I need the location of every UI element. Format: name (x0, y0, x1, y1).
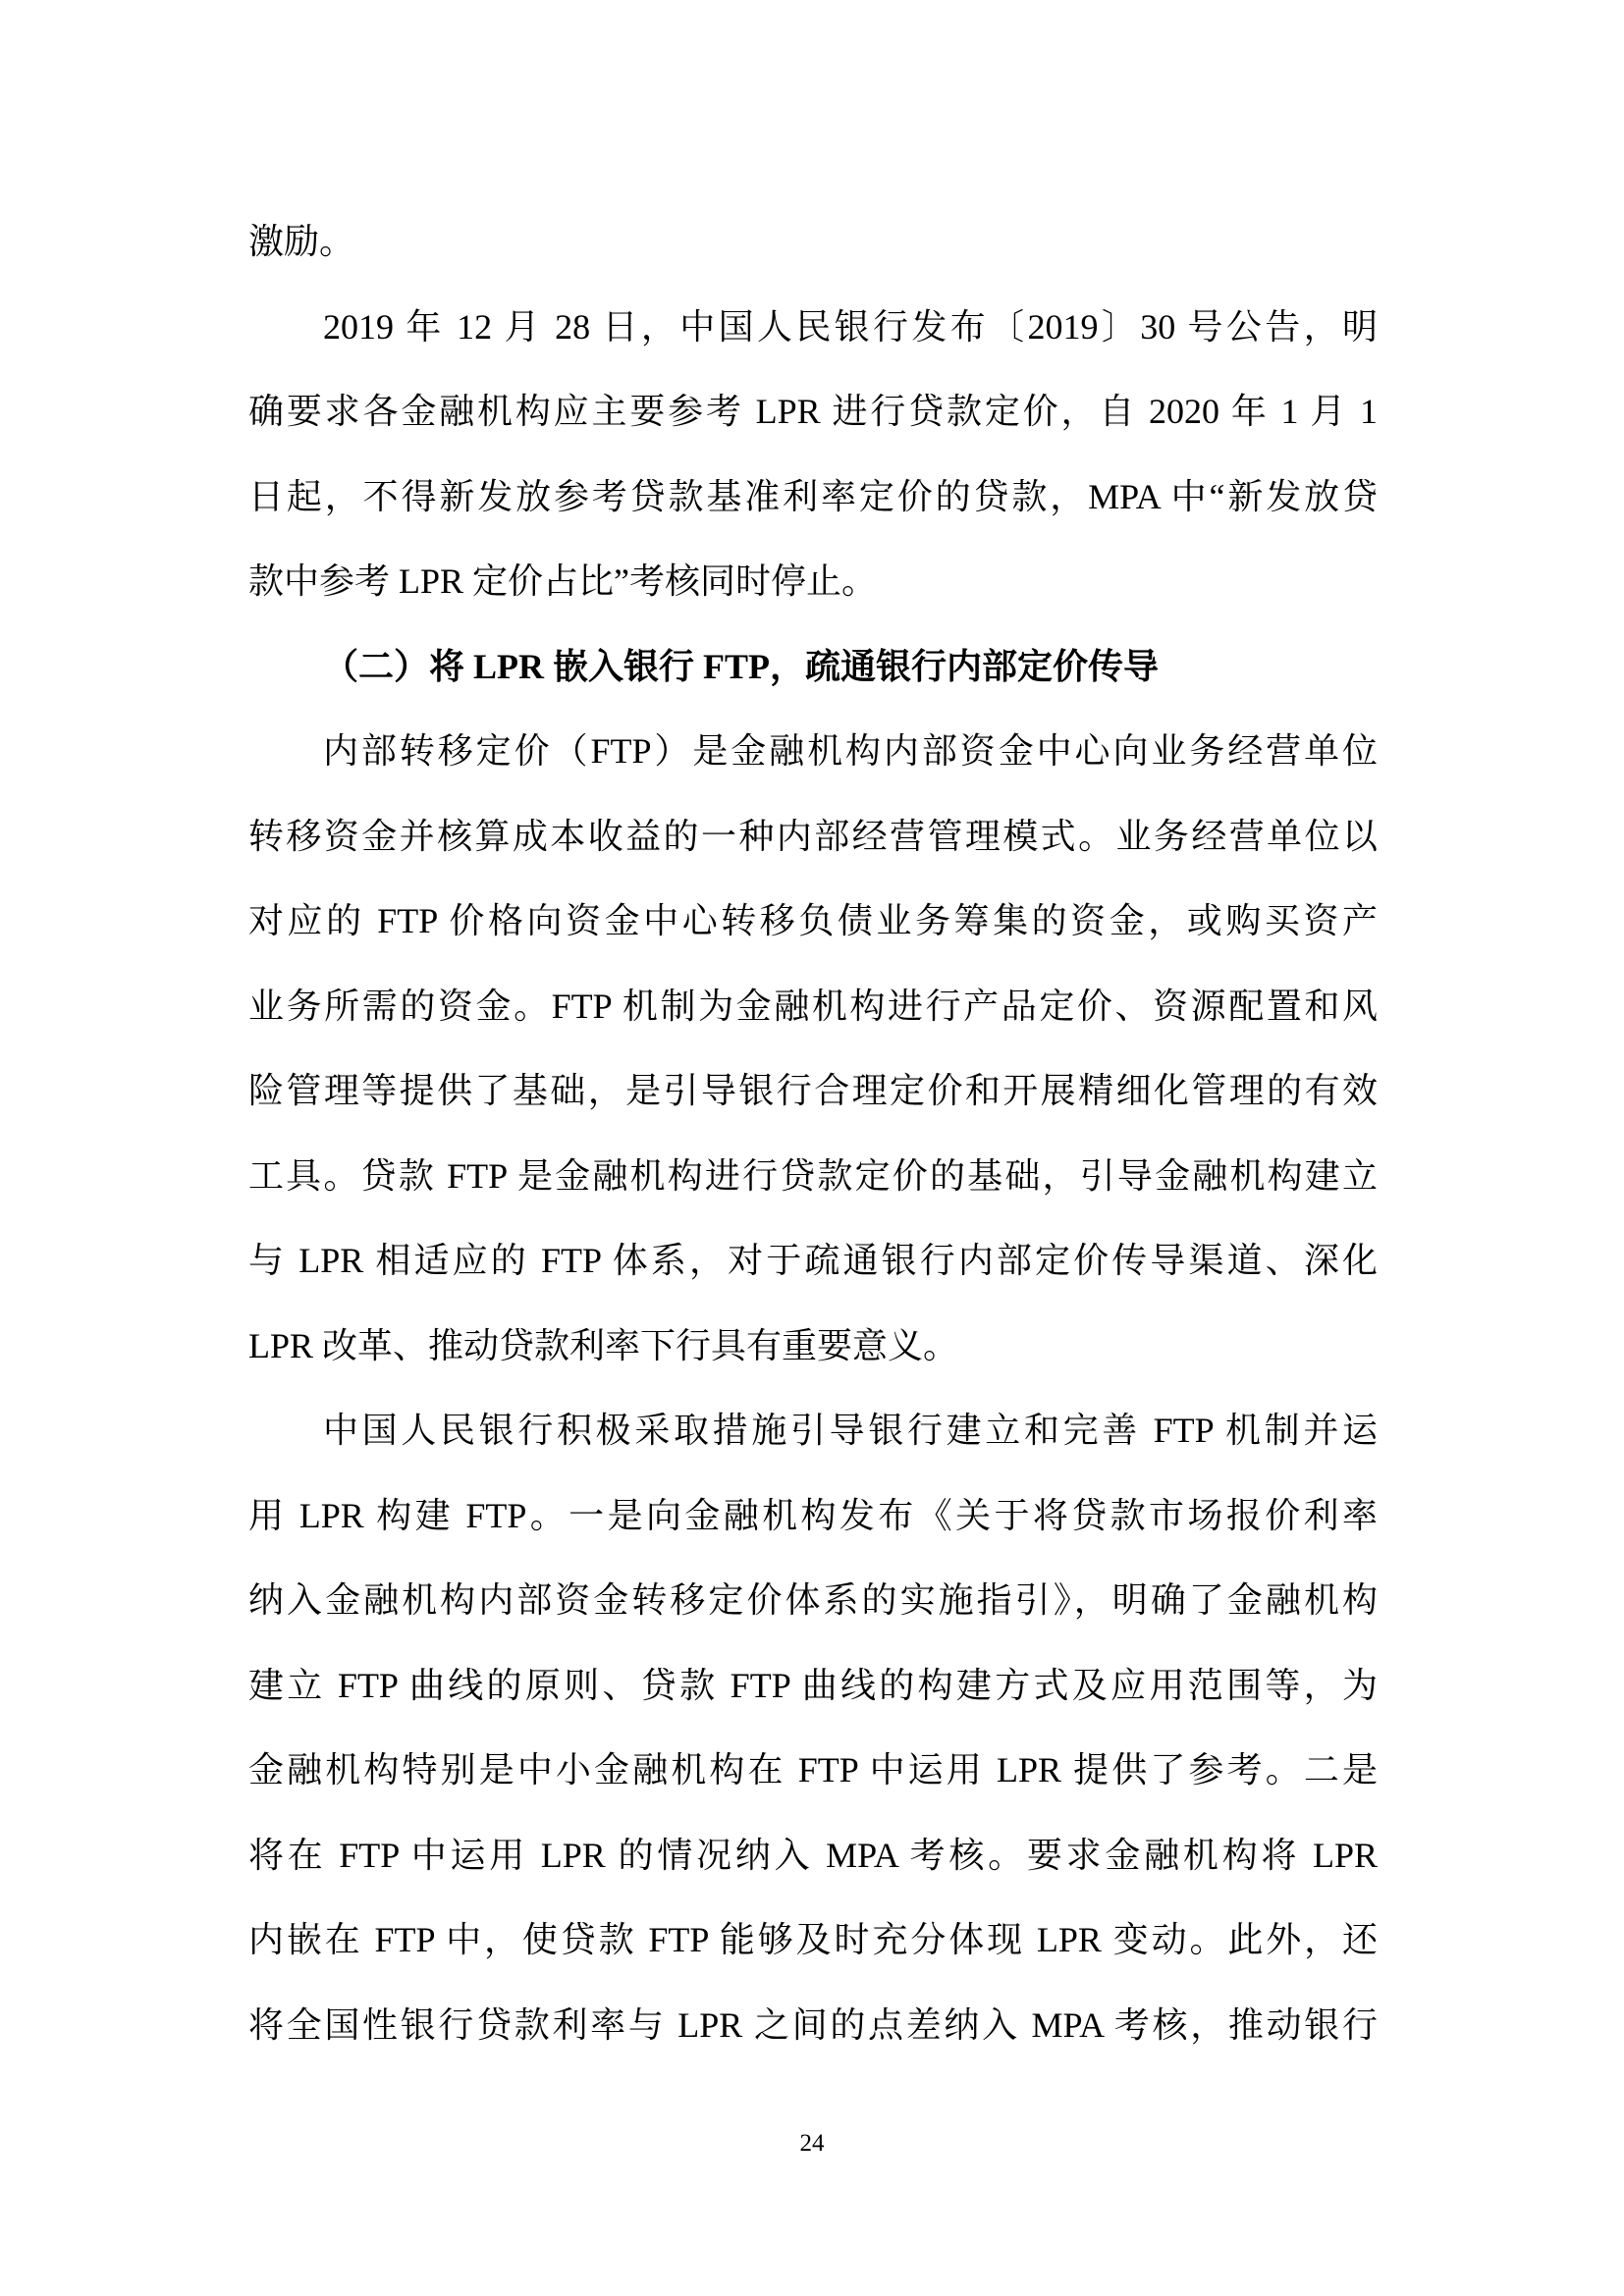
text-line: 与 LPR 相适应的 FTP 体系，对于疏通银行内部定价传导渠道、深化 (248, 1218, 1378, 1304)
text-line: 内部转移定价（FTP）是金融机构内部资金中心向业务经营单位 (248, 709, 1378, 794)
text-line: 日起，不得新发放参考贷款基准利率定价的贷款，MPA 中“新发放贷 (248, 454, 1378, 540)
text-line: 中国人民银行积极采取措施引导银行建立和完善 FTP 机制并运 (248, 1388, 1378, 1473)
section-heading: （二）将 LPR 嵌入银行 FTP，疏通银行内部定价传导 (248, 624, 1378, 710)
text-line: 工具。贷款 FTP 是金融机构进行贷款定价的基础，引导金融机构建立 (248, 1134, 1378, 1219)
text-line: 业务所需的资金。FTP 机制为金融机构进行产品定价、资源配置和风 (248, 964, 1378, 1049)
text-line: 将全国性银行贷款利率与 LPR 之间的点差纳入 MPA 考核，推动银行 (248, 1983, 1378, 2068)
text-line: LPR 改革、推动贷款利率下行具有重要意义。 (248, 1304, 1378, 1389)
text-line: 纳入金融机构内部资金转移定价体系的实施指引》，明确了金融机构 (248, 1558, 1378, 1643)
text-line: 2019 年 12 月 28 日，中国人民银行发布〔2019〕30 号公告，明 (248, 285, 1378, 370)
text-line: 对应的 FTP 价格向资金中心转移负债业务筹集的资金，或购买资产 (248, 879, 1378, 964)
text-line: 险管理等提供了基础，是引导银行合理定价和开展精细化管理的有效 (248, 1048, 1378, 1134)
page-number: 24 (0, 2120, 1624, 2167)
body-text: 激励。 2019 年 12 月 28 日，中国人民银行发布〔2019〕30 号公… (248, 199, 1378, 2067)
text-line: 金融机构特别是中小金融机构在 FTP 中运用 LPR 提供了参考。二是 (248, 1728, 1378, 1813)
text-line: 用 LPR 构建 FTP。一是向金融机构发布《关于将贷款市场报价利率 (248, 1473, 1378, 1559)
text-line: 激励。 (248, 199, 1378, 285)
document-page: 激励。 2019 年 12 月 28 日，中国人民银行发布〔2019〕30 号公… (0, 0, 1624, 2296)
text-line: 内嵌在 FTP 中，使贷款 FTP 能够及时充分体现 LPR 变动。此外，还 (248, 1897, 1378, 1983)
text-line: 款中参考 LPR 定价占比”考核同时停止。 (248, 539, 1378, 624)
text-line: 确要求各金融机构应主要参考 LPR 进行贷款定价，自 2020 年 1 月 1 (248, 369, 1378, 454)
text-line: 建立 FTP 曲线的原则、贷款 FTP 曲线的构建方式及应用范围等，为 (248, 1643, 1378, 1729)
text-line: 转移资金并核算成本收益的一种内部经营管理模式。业务经营单位以 (248, 794, 1378, 880)
text-line: 将在 FTP 中运用 LPR 的情况纳入 MPA 考核。要求金融机构将 LPR (248, 1813, 1378, 1898)
